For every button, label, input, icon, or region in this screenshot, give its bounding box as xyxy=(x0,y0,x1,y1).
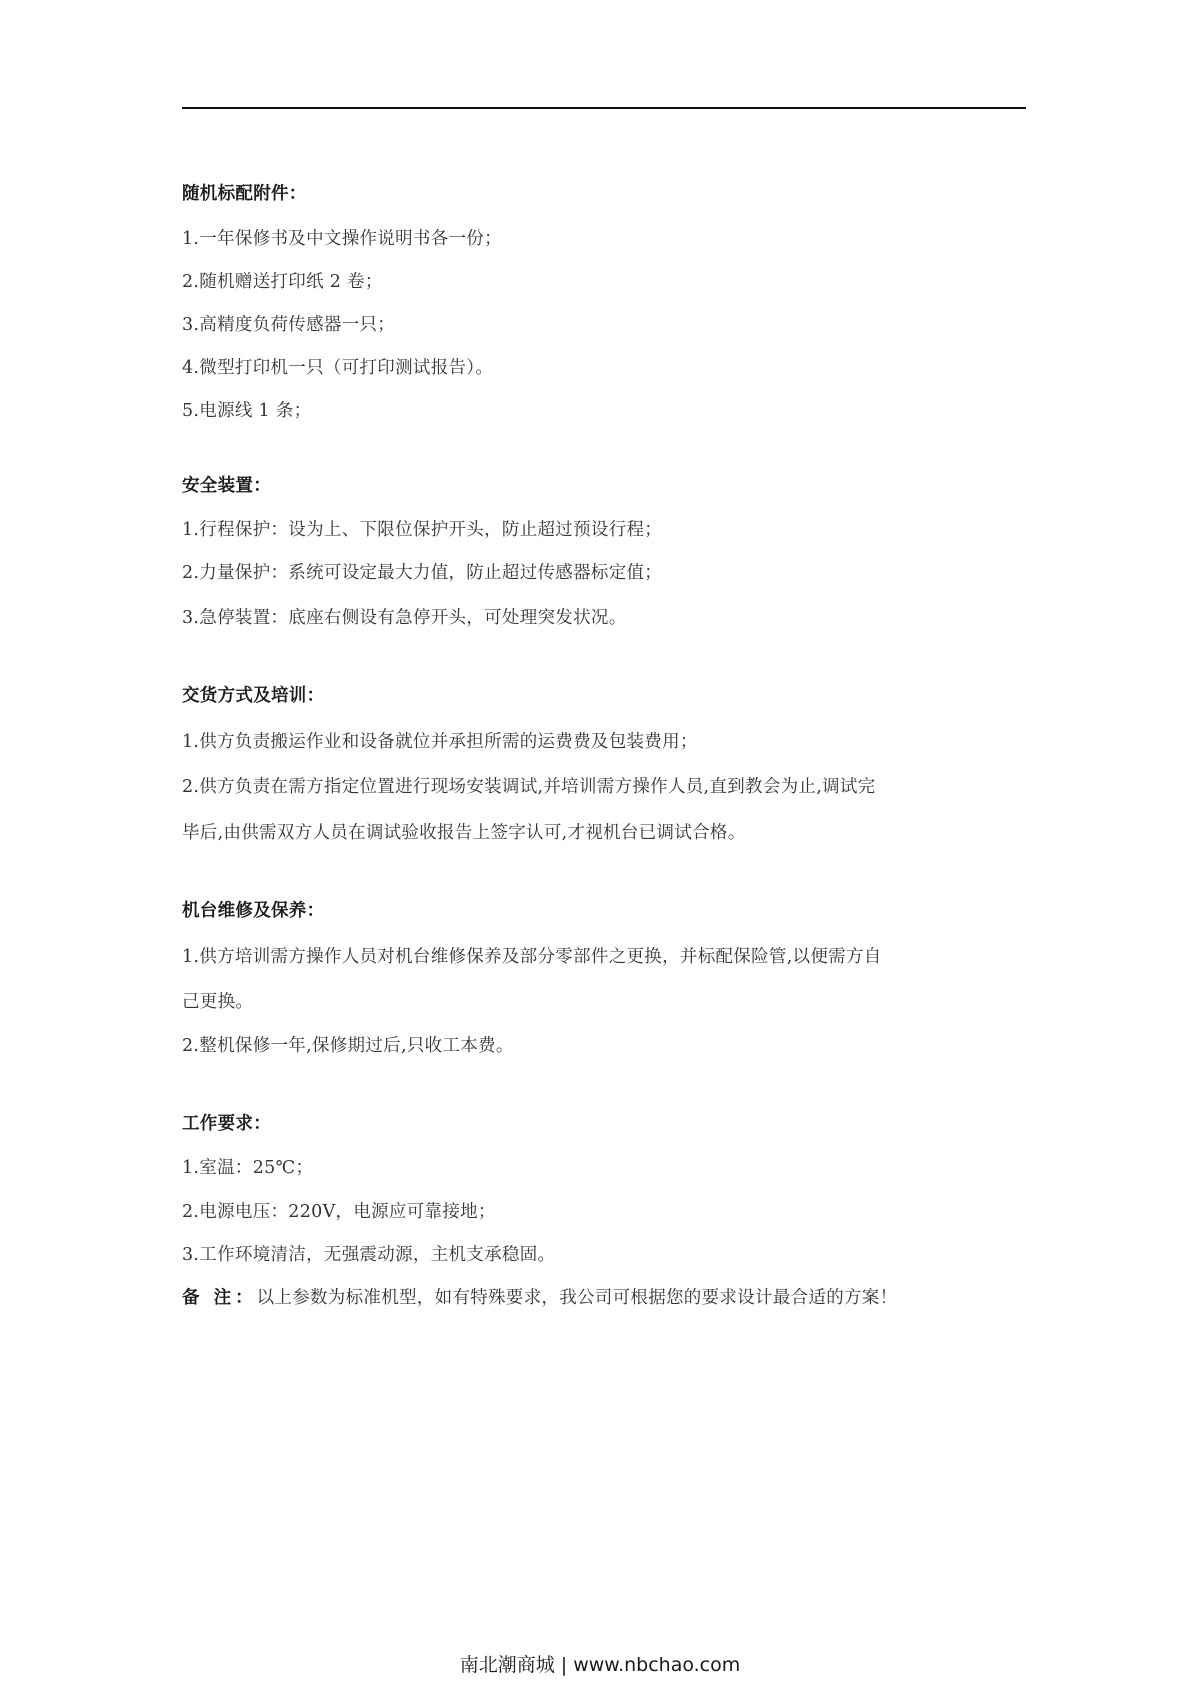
list-item: 2.电源电压：220V，电源应可靠接地； xyxy=(182,1200,496,1224)
list-item: 1.行程保护：设为上、下限位保护开头，防止超过预设行程； xyxy=(182,518,662,542)
note-text: 以上参数为标准机型，如有特殊要求，我公司可根据您的要求设计最合适的方案！ xyxy=(257,1288,898,1308)
list-item: 2.供方负责在需方指定位置进行现场安装调试,并培训需方操作人员,直到教会为止,调… xyxy=(182,775,875,799)
list-item: 3.高精度负荷传感器一只； xyxy=(182,313,395,337)
list-item: 毕后,由供需双方人员在调试验收报告上签字认可,才视机台已调试合格。 xyxy=(182,821,746,845)
list-item: 1.供方培训需方操作人员对机台维修保养及部分零部件之更换，并标配保险管,以便需方… xyxy=(182,945,882,969)
list-item: 5.电源线 1 条； xyxy=(182,399,311,423)
note-label: 备 注： xyxy=(182,1288,257,1308)
list-item: 己更换。 xyxy=(182,990,253,1014)
list-item: 2.整机保修一年,保修期过后,只收工本费。 xyxy=(182,1034,514,1058)
section-heading-maintenance: 机台维修及保养： xyxy=(182,899,324,923)
list-item: 1.室温：25℃； xyxy=(182,1156,313,1180)
section-heading-accessories: 随机标配附件： xyxy=(182,182,307,206)
list-item: 3.急停装置：底座右侧设有急停开头，可处理突发状况。 xyxy=(182,606,627,630)
section-heading-delivery: 交货方式及培训： xyxy=(182,684,324,708)
list-item: 1.一年保修书及中文操作说明书各一份； xyxy=(182,227,502,251)
list-item: 4.微型打印机一只（可打印测试报告）。 xyxy=(182,356,493,380)
section-heading-requirements: 工作要求： xyxy=(182,1112,271,1136)
header-divider xyxy=(182,107,1026,109)
list-item: 2.力量保护：系统可设定最大力值，防止超过传感器标定值； xyxy=(182,561,662,585)
note: 备 注：以上参数为标准机型，如有特殊要求，我公司可根据您的要求设计最合适的方案！ xyxy=(182,1286,897,1310)
footer-watermark: 南北潮商城 | www.nbchao.com xyxy=(0,1652,1200,1678)
list-item: 2.随机赠送打印纸 2 卷； xyxy=(182,270,383,294)
list-item: 1.供方负责搬运作业和设备就位并承担所需的运费费及包装费用； xyxy=(182,730,698,754)
section-heading-safety: 安全装置： xyxy=(182,474,271,498)
list-item: 3.工作环境清洁，无强震动源，主机支承稳固。 xyxy=(182,1243,555,1267)
